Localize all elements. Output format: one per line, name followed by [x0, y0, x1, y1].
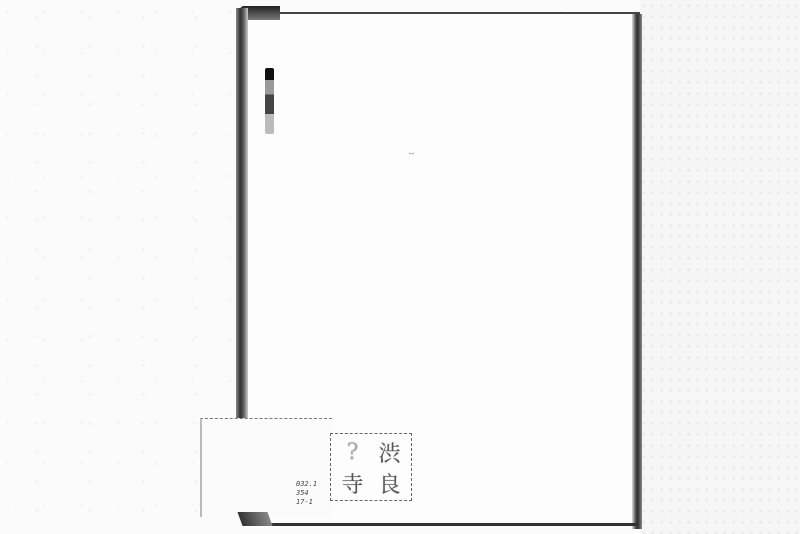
stamp-char: 渋	[371, 437, 408, 468]
scan-margin-right	[640, 0, 800, 534]
binding-tab-mark	[265, 68, 274, 134]
stamp-char: 良	[371, 468, 408, 499]
stamp-char: 寺	[334, 468, 371, 499]
book-bottom-edge	[246, 523, 638, 526]
call-number-line: 032.1	[296, 480, 317, 489]
library-stamp: ? 渋 寺 良	[330, 433, 412, 501]
call-number-line: 354	[296, 489, 317, 498]
call-number: 032.1 354 17-1	[296, 480, 317, 507]
pencil-mark: ꟷ	[408, 150, 414, 159]
book-right-edge	[632, 14, 642, 529]
call-number-line: 17-1	[296, 498, 317, 507]
slip-shadow	[237, 512, 272, 526]
stamp-char: ?	[334, 437, 371, 468]
book-spine	[236, 8, 248, 418]
